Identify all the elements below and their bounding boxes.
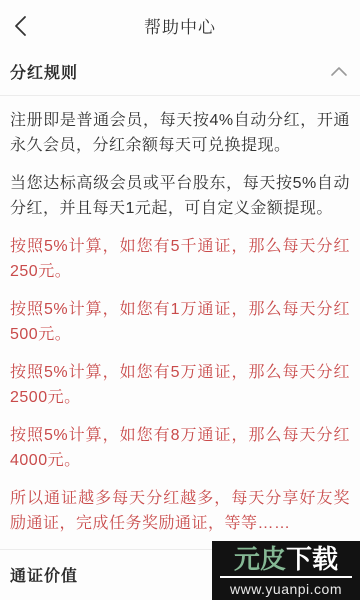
section-dividend-rules[interactable]: 分红规则: [0, 50, 360, 95]
watermark-brand-white: 下载: [286, 544, 338, 574]
help-center-screen: { "header": { "title": "帮助中心" }, "sectio…: [0, 0, 360, 600]
paragraph: 所以通证越多每天分红越多，每天分享好友奖励通证，完成任务奖励通证，等等……: [10, 486, 350, 536]
watermark-logo: 元皮下载: [220, 545, 352, 578]
section-title-dividend-rules: 分红规则: [10, 60, 78, 83]
paragraph: 当您达标高级会员或平台股东，每天按5%自动分红，并且每天1元起，可自定义金额提现…: [10, 171, 350, 221]
dividend-rules-content: 注册即是普通会员，每天按4%自动分红，开通永久会员，分红余额每天可兑换提现。 当…: [0, 96, 360, 536]
chevron-left-icon: [14, 15, 27, 37]
back-button[interactable]: [8, 14, 32, 38]
paragraph: 按照5%计算，如您有5千通证，那么每天分红250元。: [10, 234, 350, 284]
page-title: 帮助中心: [144, 13, 216, 38]
watermark-brand-green: 元皮: [234, 544, 286, 574]
paragraph: 按照5%计算，如您有8万通证，那么每天分红4000元。: [10, 423, 350, 473]
section-title-token-value: 通证价值: [10, 563, 78, 586]
paragraph: 按照5%计算，如您有5万通证，那么每天分红2500元。: [10, 360, 350, 410]
paragraph: 按照5%计算，如您有1万通证，那么每天分红500元。: [10, 297, 350, 347]
paragraph: 注册即是普通会员，每天按4%自动分红，开通永久会员，分红余额每天可兑换提现。: [10, 108, 350, 158]
watermark-badge: 元皮下载 www.yuanpi.com: [212, 541, 360, 600]
watermark-url: www.yuanpi.com: [230, 580, 342, 598]
chevron-up-icon[interactable]: [330, 66, 348, 77]
app-bar: 帮助中心: [0, 0, 360, 50]
